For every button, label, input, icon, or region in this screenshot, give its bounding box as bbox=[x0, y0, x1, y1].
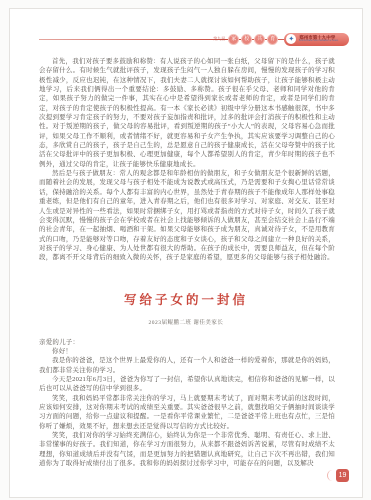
header-badge-1: 家 bbox=[228, 34, 239, 45]
page-number-arc-decoration bbox=[327, 470, 334, 481]
letter-title: 写给子女的一封信 bbox=[10, 290, 362, 308]
school-pill: ✦ 郑州市第十九中学 ZHENGZHOU NO.19 MIDDLE SCHOOL bbox=[284, 33, 349, 46]
school-text-block: 郑州市第十九中学 ZHENGZHOU NO.19 MIDDLE SCHOOL bbox=[299, 36, 343, 43]
document-page: 第九届 家 校 共 育 ✦ 郑州市第十九中学 ZHENGZHOU NO.19 M… bbox=[9, 8, 363, 498]
page-header: 第九届 家 校 共 育 ✦ 郑州市第十九中学 ZHENGZHOU NO.19 M… bbox=[10, 29, 362, 49]
header-badge-group: 第九届 家 校 共 育 ✦ 郑州市第十九中学 ZHENGZHOU NO.19 M… bbox=[213, 30, 349, 48]
school-emblem-icon: ✦ bbox=[286, 34, 296, 44]
letter-paragraph-4: 笑笑，我们对你的学习始终充满信心，始终认为你是一个非常优秀、聪明、有责任心、求上… bbox=[39, 431, 335, 468]
letter-paragraph-2: 今天是2021年6月3日，爸爸为你写了一封信，希望你认真地读完，相信你和爸爸的见… bbox=[39, 375, 335, 394]
header-badge-4: 育 bbox=[267, 34, 278, 45]
page-number-badge: 19 bbox=[336, 469, 349, 482]
letter-salutation: 亲爱的儿子： bbox=[39, 338, 335, 347]
header-badge-2: 校 bbox=[241, 34, 252, 45]
school-subtitle: ZHENGZHOU NO.19 MIDDLE SCHOOL bbox=[299, 40, 338, 42]
edition-label: 第九届 bbox=[213, 36, 225, 42]
letter-paragraph-3: 笑笑，我和妈妈平常都非常关注你的学习，马上就要期末考试了，面对期末考试前的这段时… bbox=[39, 394, 335, 431]
page-number-group: 19 bbox=[327, 469, 349, 482]
essay-paragraph-1: 首先，我们对孩子要多鼓励和称赞：有人说孩子的心如同一张白纸，父母留下的是什么，孩… bbox=[39, 57, 335, 169]
essay-section: 首先，我们对孩子要多鼓励和称赞：有人说孩子的心如同一张白纸，父母留下的是什么，孩… bbox=[39, 57, 335, 263]
letter-byline: 2023届鲲鹏二班 谢佳美家长 bbox=[10, 318, 362, 326]
header-badge-3: 共 bbox=[254, 34, 265, 45]
letter-paragraph-1: 我是你的爸爸，是这个世界上最爱你的人，还有一个人和爸爸一样的爱着你，那就是你的妈… bbox=[39, 356, 335, 375]
essay-paragraph-2: 然后是与孩子做朋友：常人的观念都是和年龄相仿的做朋友，和子女做朋友是个很新鲜的话… bbox=[39, 169, 335, 262]
letter-greeting: 你好！ bbox=[39, 347, 335, 356]
letter-body: 亲爱的儿子： 你好！ 我是你的爸爸，是这个世界上最爱你的人，还有一个人和爸爸一样… bbox=[39, 338, 335, 469]
